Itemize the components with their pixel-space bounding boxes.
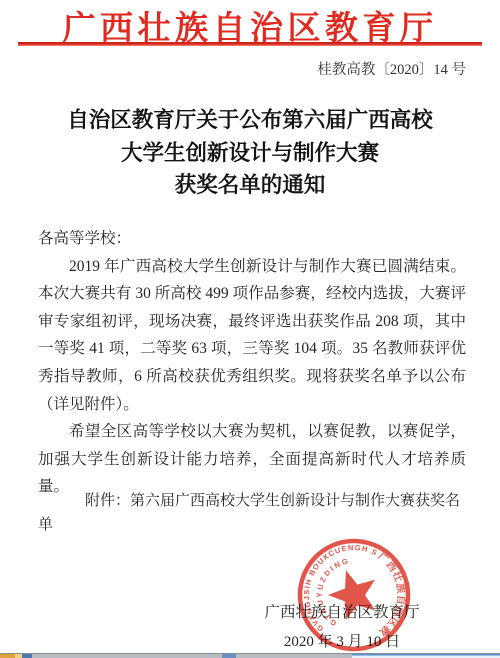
taskbar-segment-yellow (15, 654, 22, 658)
document-body: 各高等学校： 2019 年广西高校大学生创新设计与制作大赛已圆满结束。本次大赛共… (38, 225, 466, 501)
letterhead-separator-rule (18, 42, 482, 46)
signature-date: 2020 年 3 月 10 日 (262, 630, 422, 651)
taskbar-segment-orange (0, 654, 15, 658)
salutation: 各高等学校： (38, 225, 466, 253)
document-page: 广西壮族自治区教育厅 桂教高教〔2020〕14 号 自治区教育厅关于公布第六届广… (0, 0, 500, 658)
signature-agency: 广西壮族自治区教育厅 (262, 600, 422, 622)
attachment-line: 附件：第六届广西高校大学生创新设计与制作大赛获奖名单 (38, 489, 468, 537)
document-title-line-1: 自治区教育厅关于公布第六届广西高校 (0, 104, 500, 137)
document-title-line-2: 大学生创新设计与制作大赛 (0, 137, 500, 170)
document-title-line-3: 获奖名单的通知 (0, 169, 500, 202)
document-title: 自治区教育厅关于公布第六届广西高校 大学生创新设计与制作大赛 获奖名单的通知 (0, 104, 500, 202)
taskbar-sliver[interactable] (0, 653, 500, 658)
taskbar-segment-blue-left (22, 654, 32, 658)
body-paragraph-1: 2019 年广西高校大学生创新设计与制作大赛已圆满结束。本次大赛共有 30 所高… (38, 253, 466, 419)
document-number: 桂教高教〔2020〕14 号 (317, 58, 466, 79)
taskbar-segment-lightblue-right (352, 654, 500, 658)
taskbar-segment-blue-mid (222, 654, 236, 658)
